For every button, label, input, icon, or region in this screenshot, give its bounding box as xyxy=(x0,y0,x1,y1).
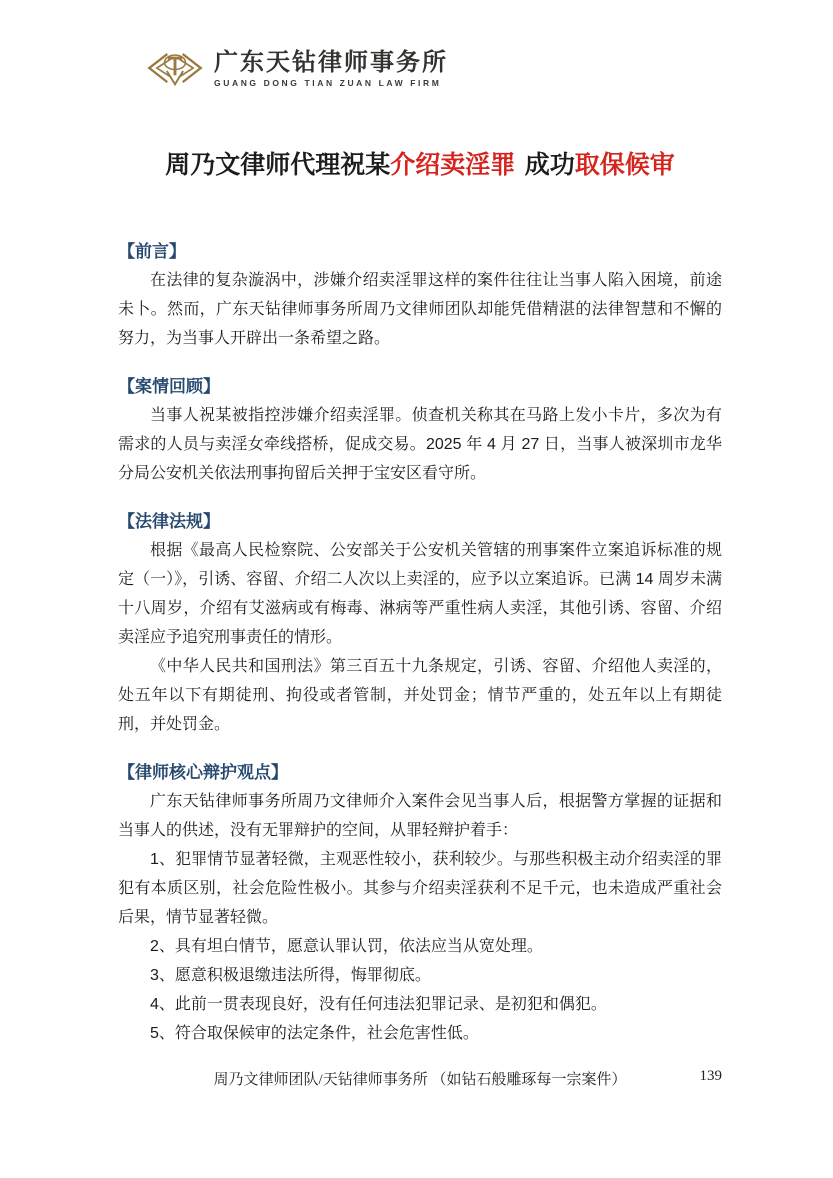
section-heading: 【律师核心辩护观点】 xyxy=(118,759,722,787)
page-number: 139 xyxy=(700,1068,723,1085)
footer-text: 周乃文律师团队/天钻律师事务所 （如钻石般雕琢每一宗案件） xyxy=(214,1072,627,1088)
section-heading: 【法律法规】 xyxy=(118,508,722,536)
document-page: 广东天钻律师事务所 GUANG DONG TIAN ZUAN LAW FIRM … xyxy=(0,0,833,1178)
section-laws: 【法律法规】 根据《最高人民检察院、公安部关于公安机关管辖的刑事案件立案追诉标准… xyxy=(118,508,722,739)
logo-text-block: 广东天钻律师事务所 GUANG DONG TIAN ZUAN LAW FIRM xyxy=(214,50,448,87)
logo-name-chinese: 广东天钻律师事务所 xyxy=(214,50,448,75)
list-item: 1、犯罪情节显著轻微，主观恶性较小，获利较少。与那些积极主动介绍卖淫的罪犯有本质… xyxy=(118,845,722,932)
title-segment-black: 周乃文律师代理祝某 xyxy=(165,151,390,179)
paragraph: 根据《最高人民检察院、公安部关于公安机关管辖的刑事案件立案追诉标准的规定（一）》… xyxy=(118,536,722,652)
section-preface: 【前言】 在法律的复杂漩涡中，涉嫌介绍卖淫罪这样的案件往往让当事人陷入困境，前途… xyxy=(118,238,722,353)
section-defense-points: 【律师核心辩护观点】 广东天钻律师事务所周乃文律师介入案件会见当事人后，根据警方… xyxy=(118,759,722,1048)
list-item: 3、愿意积极退缴违法所得，悔罪彻底。 xyxy=(118,961,722,990)
title-segment-black-success: 成功 xyxy=(525,151,575,179)
section-heading: 【案情回顾】 xyxy=(118,373,722,401)
paragraph: 《中华人民共和国刑法》第三百五十九条规定，引诱、容留、介绍他人卖淫的，处五年以下… xyxy=(118,652,722,739)
title-segment-red-crime: 介绍卖淫罪 xyxy=(390,151,515,179)
list-item: 5、符合取保候审的法定条件，社会危害性低。 xyxy=(118,1019,722,1048)
page-content: 广东天钻律师事务所 GUANG DONG TIAN ZUAN LAW FIRM … xyxy=(118,0,722,1048)
section-heading: 【前言】 xyxy=(118,238,722,266)
diamond-t-logo-icon xyxy=(144,48,206,90)
page-footer: 周乃文律师团队/天钻律师事务所 （如钻石般雕琢每一宗案件） 139 xyxy=(118,1068,722,1089)
article-title: 周乃文律师代理祝某介绍卖淫罪成功取保候审 xyxy=(118,148,722,182)
section-case-review: 【案情回顾】 当事人祝某被指控涉嫌介绍卖淫罪。侦查机关称其在马路上发小卡片，多次… xyxy=(118,373,722,488)
law-firm-logo: 广东天钻律师事务所 GUANG DONG TIAN ZUAN LAW FIRM xyxy=(144,46,722,92)
list-item: 4、此前一贯表现良好，没有任何违法犯罪记录、是初犯和偶犯。 xyxy=(118,990,722,1019)
title-segment-red-bail: 取保候审 xyxy=(575,151,675,179)
paragraph: 广东天钻律师事务所周乃文律师介入案件会见当事人后，根据警方掌握的证据和当事人的供… xyxy=(118,787,722,845)
paragraph: 在法律的复杂漩涡中，涉嫌介绍卖淫罪这样的案件往往让当事人陷入困境，前途未卜。然而… xyxy=(118,266,722,353)
list-item: 2、具有坦白情节，愿意认罪认罚，依法应当从宽处理。 xyxy=(118,932,722,961)
logo-name-english: GUANG DONG TIAN ZUAN LAW FIRM xyxy=(214,78,448,88)
paragraph: 当事人祝某被指控涉嫌介绍卖淫罪。侦查机关称其在马路上发小卡片，多次为有需求的人员… xyxy=(118,401,722,488)
